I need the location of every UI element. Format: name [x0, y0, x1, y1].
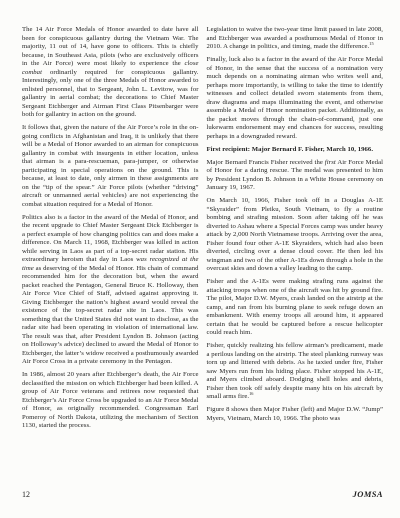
paragraph-future-awards: It follows that, given the nature of the…: [22, 124, 199, 209]
footnote-ref-16: 16: [249, 391, 253, 396]
section-heading-first-recipient: First recipient: Major Bernard F. Fisher…: [207, 146, 384, 155]
text-run: The 14 Air Force Medals of Honor awarded…: [22, 26, 199, 67]
paragraph-politics: Politics also is a factor in the award o…: [22, 214, 199, 367]
paragraph-rescue: Fisher, quickly realizing his fellow air…: [207, 342, 384, 402]
paragraph-fisher-intro: Major Bernard Francis Fisher received th…: [207, 159, 384, 193]
text-columns: The 14 Air Force Medals of Honor awarded…: [0, 0, 400, 435]
paragraph-luck: Finally, luck also is a factor in the aw…: [207, 56, 384, 141]
document-page: The 14 Air Force Medals of Honor awarded…: [0, 0, 400, 518]
italic-run: first: [325, 159, 336, 166]
paragraph-mission: On March 10, 1966, Fisher took off in a …: [207, 197, 384, 274]
text-run: Fisher, quickly realizing his fellow air…: [207, 342, 384, 400]
paragraph-intro: The 14 Air Force Medals of Honor awarded…: [22, 26, 199, 120]
footnote-ref-15: 15: [369, 41, 373, 46]
text-run: Legislation to waive the two-year time l…: [207, 26, 384, 50]
page-number: 12: [22, 490, 30, 499]
text-run: Major Bernard Francis Fisher received th…: [207, 159, 325, 166]
text-run: ordinarily required for conspicuous gall…: [22, 69, 199, 119]
left-column: The 14 Air Force Medals of Honor awarded…: [22, 26, 199, 435]
text-run: as deserving of the Medal of Honor. His …: [22, 265, 199, 366]
paragraph-myers-crash: Fisher and the A-1Es were making strafin…: [207, 278, 384, 338]
paragraph-declassified: In 1986, almost 20 years after Etchberge…: [22, 371, 199, 431]
page-footer: 12 JOMSA: [22, 489, 383, 499]
journal-name: JOMSA: [353, 489, 383, 499]
paragraph-figure8-caption: Figure 8 shows then Major Fisher (left) …: [207, 406, 384, 423]
right-column: Legislation to waive the two-year time l…: [207, 26, 384, 435]
paragraph-legislation: Legislation to waive the two-year time l…: [207, 26, 384, 52]
